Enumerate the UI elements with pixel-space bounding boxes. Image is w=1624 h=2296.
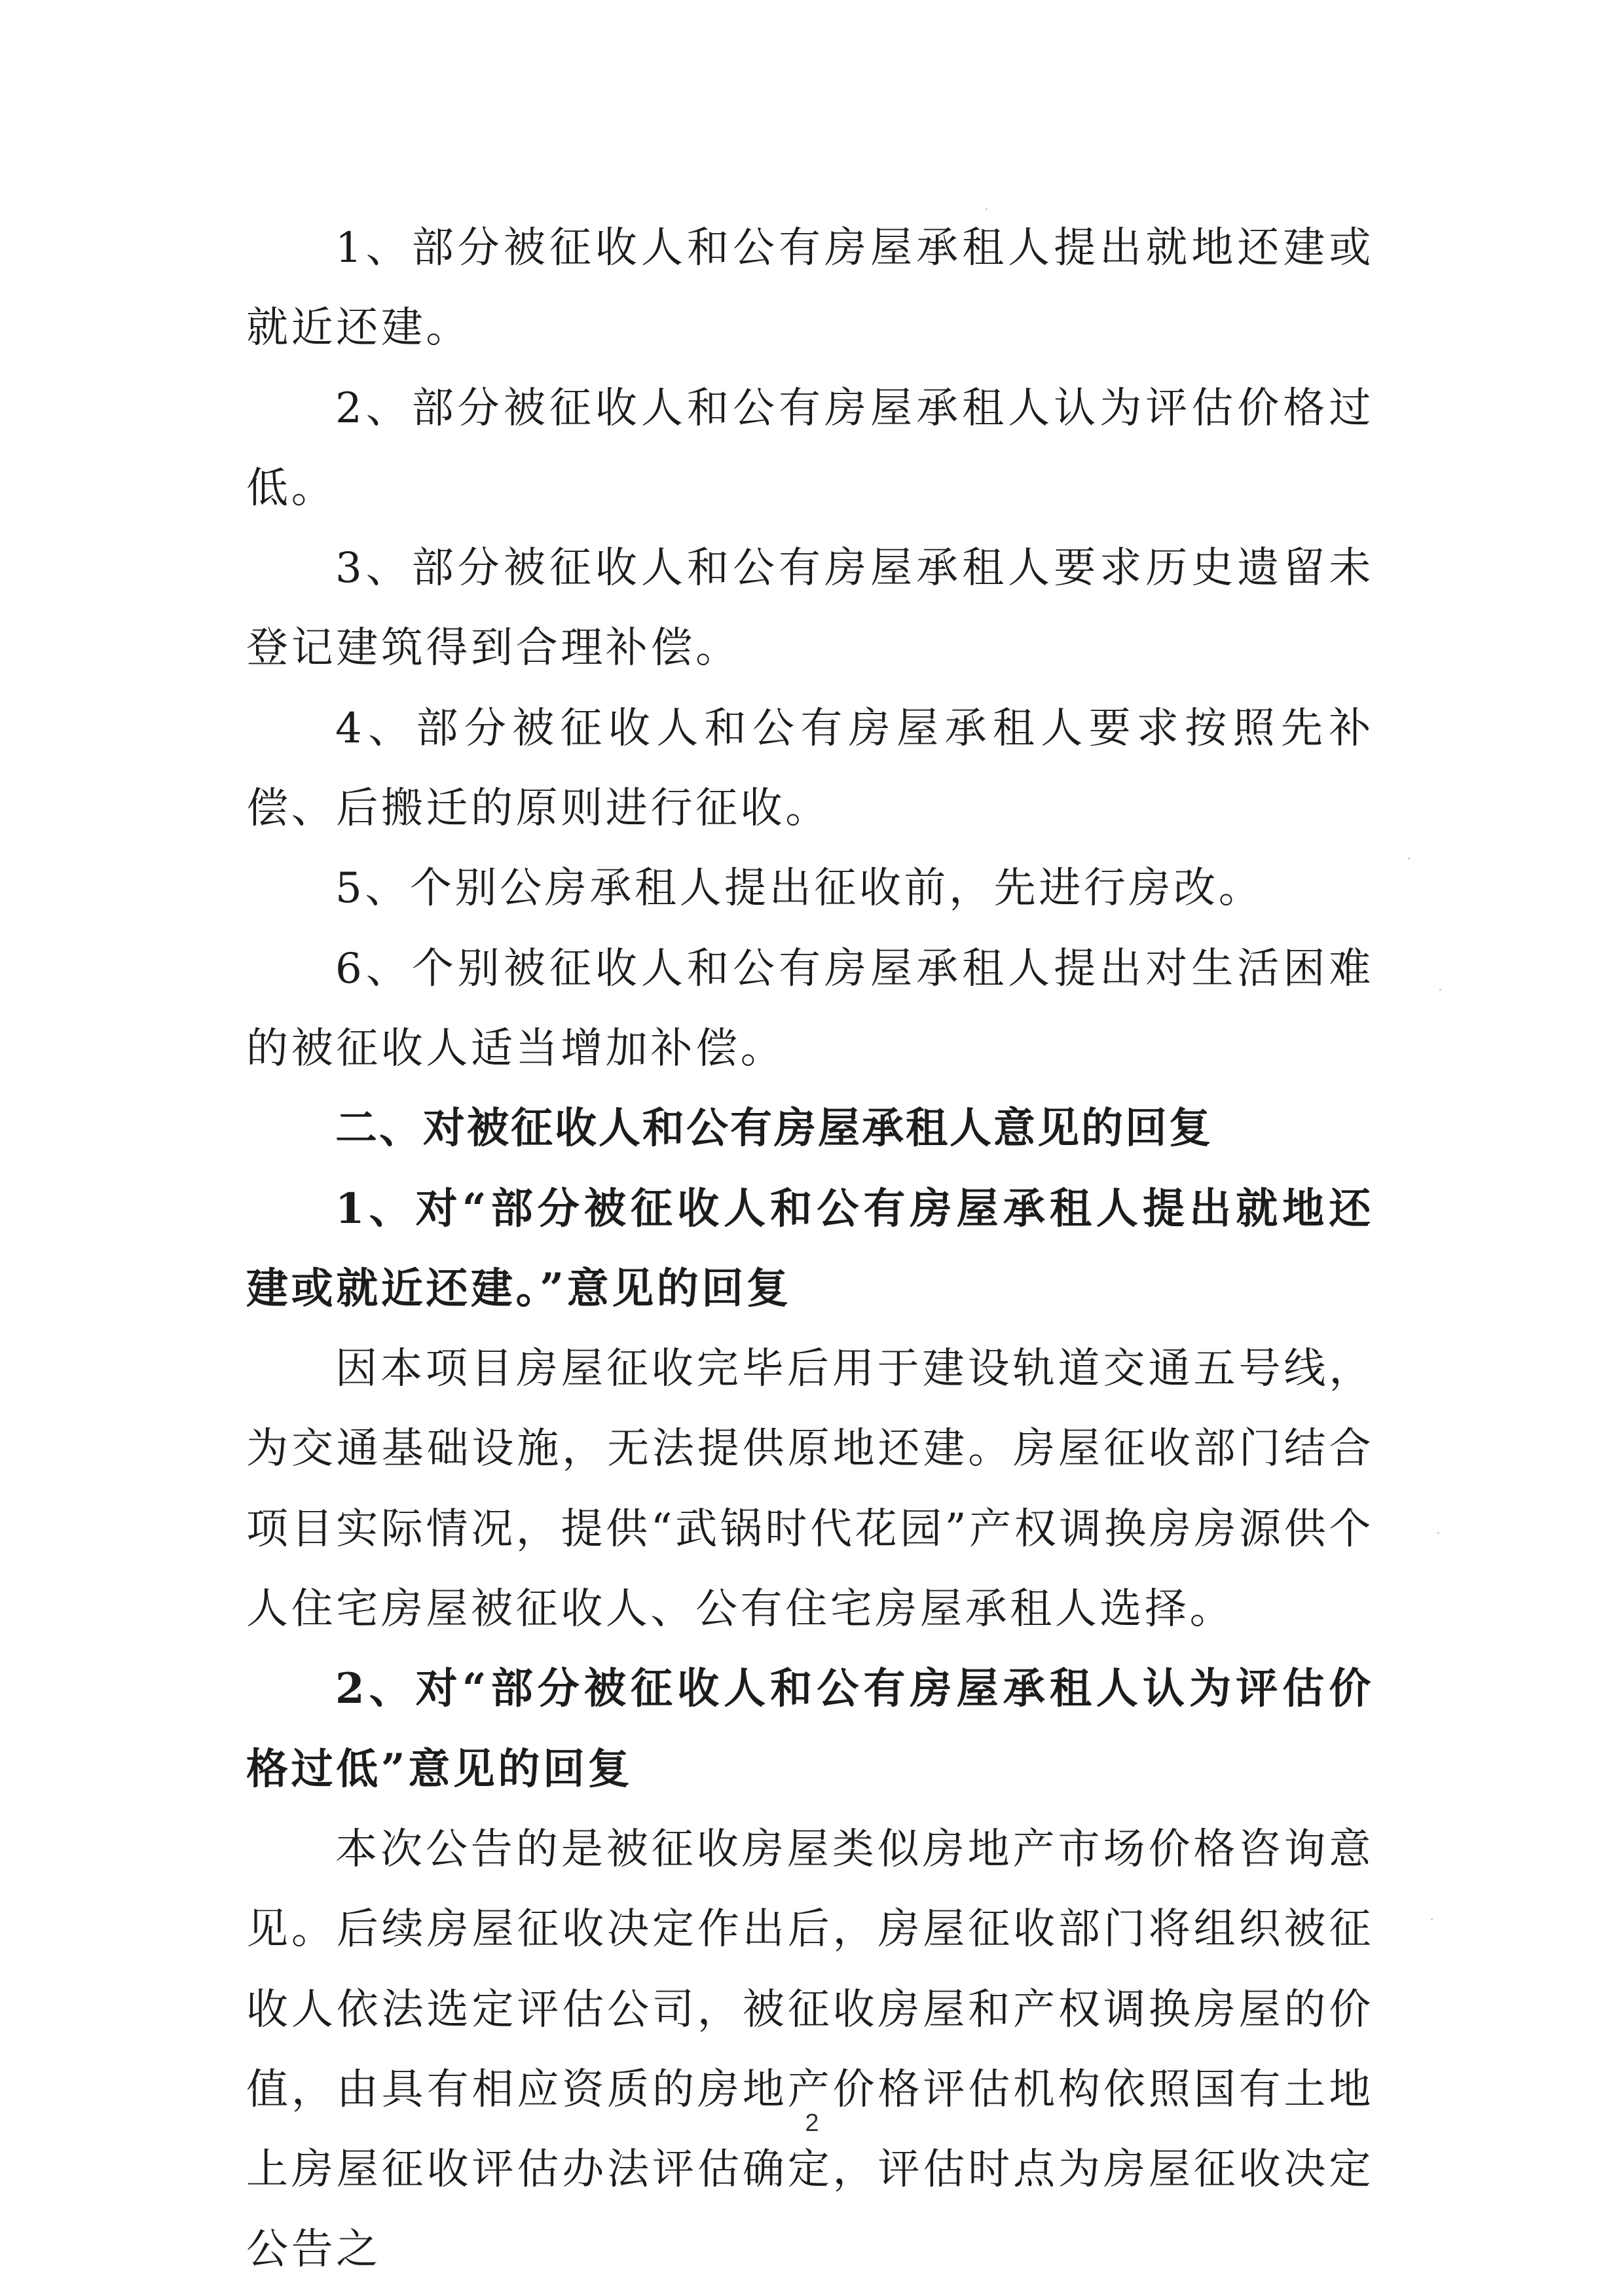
section-heading-replies: 二、对被征收人和公有房屋承租人意见的回复 (246, 1089, 1374, 1169)
reply-heading-2: 2、对“部分被征收人和公有房屋承租人认为评估价格过低”意见的回复 (246, 1649, 1374, 1810)
opinion-item-5: 5、个别公房承租人提出征收前，先进行房改。 (246, 848, 1374, 928)
scan-speck (252, 2088, 254, 2090)
document-page: 1、部分被征收人和公有房屋承租人提出就地还建或就近还建。 2、部分被征收人和公有… (0, 0, 1624, 2296)
page-number: 2 (0, 2109, 1624, 2138)
reply-heading-1: 1、对“部分被征收人和公有房屋承租人提出就地还建或就近还建。”意见的回复 (246, 1169, 1374, 1330)
opinion-item-4: 4、部分被征收人和公有房屋承租人要求按照先补偿、后搬迁的原则进行征收。 (246, 689, 1374, 849)
scan-speck (1437, 1532, 1439, 1534)
scan-speck (986, 208, 987, 210)
opinion-item-6: 6、个别被征收人和公有房屋承租人提出对生活困难的被征收人适当增加补偿。 (246, 929, 1374, 1089)
scan-speck (1439, 989, 1441, 991)
scan-speck (1431, 1918, 1433, 1920)
opinion-item-3: 3、部分被征收人和公有房屋承租人要求历史遗留未登记建筑得到合理补偿。 (246, 528, 1374, 689)
document-body: 1、部分被征收人和公有房屋承租人提出就地还建或就近还建。 2、部分被征收人和公有… (246, 208, 1374, 2290)
opinion-item-2: 2、部分被征收人和公有房屋承租人认为评估价格过低。 (246, 369, 1374, 529)
reply-body-2: 本次公告的是被征收房屋类似房地产市场价格咨询意见。后续房屋征收决定作出后，房屋征… (246, 1810, 1374, 2290)
opinion-item-1: 1、部分被征收人和公有房屋承租人提出就地还建或就近还建。 (246, 208, 1374, 369)
reply-body-1: 因本项目房屋征收完毕后用于建设轨道交通五号线，为交通基础设施，无法提供原地还建。… (246, 1329, 1374, 1649)
scan-speck (1408, 858, 1410, 860)
